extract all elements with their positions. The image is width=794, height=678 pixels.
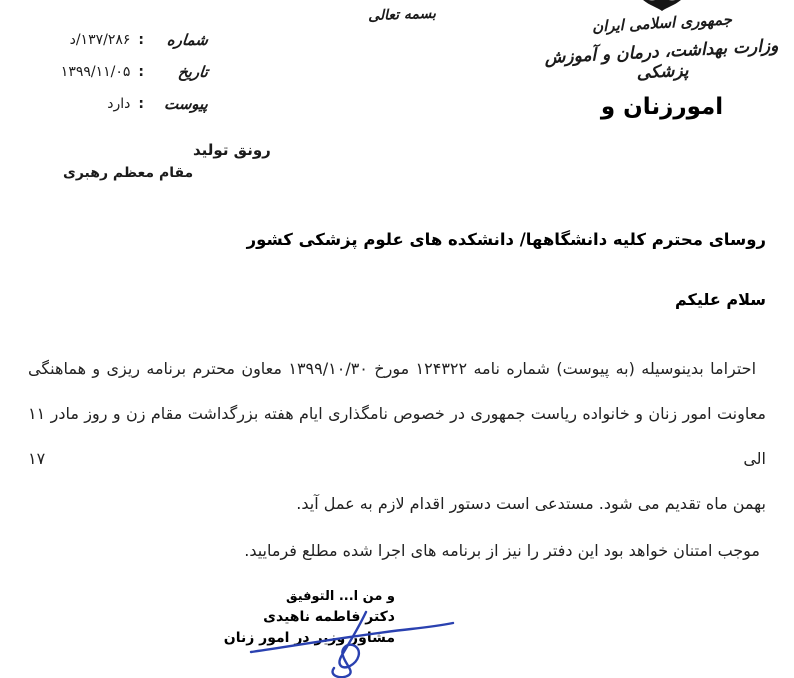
body-line-2: معاونت امور زنان و خانواده ریاست جمهوری … xyxy=(28,391,766,481)
meta-row-date: تاریخ : ۱۳۹۹/۱۱/۰۵ xyxy=(22,56,208,88)
salutation-line: سلام علیکم xyxy=(675,290,766,309)
body-line-4: موجب امتنان خواهد بود این دفتر را نیز از… xyxy=(28,528,766,573)
attachment-colon: : xyxy=(138,96,144,112)
letterhead-block: جمهوری اسلامی ایران وزارت بهداشت، درمان … xyxy=(540,0,784,120)
bismillah-text: بسمه تعالی xyxy=(352,5,452,24)
letterhead-department: امورزنان و xyxy=(540,94,784,120)
meta-row-number: شماره : ۱۳۷/۲۸۶/د xyxy=(22,24,208,56)
date-value: ۱۳۹۹/۱۱/۰۵ xyxy=(61,64,131,80)
number-value: ۱۳۷/۲۸۶/د xyxy=(70,32,131,48)
number-label: شماره xyxy=(151,31,209,49)
official-letter-page: شماره : ۱۳۷/۲۸۶/د تاریخ : ۱۳۹۹/۱۱/۰۵ پیو… xyxy=(0,0,794,678)
number-colon: : xyxy=(138,32,144,48)
year-slogan: رونق تولید xyxy=(193,141,271,159)
body-line-1: احتراما بدینوسیله (به پیوست) شماره نامه … xyxy=(28,346,766,391)
date-colon: : xyxy=(138,64,144,80)
letter-meta-block: شماره : ۱۳۷/۲۸۶/د تاریخ : ۱۳۹۹/۱۱/۰۵ پیو… xyxy=(22,24,208,120)
body-line-3: بهمن ماه تقدیم می شود. مستدعی است دستور … xyxy=(28,481,766,526)
letterhead-ministry: وزارت بهداشت، درمان و آموزش پزشکی xyxy=(539,36,785,89)
letter-body: احتراما بدینوسیله (به پیوست) شماره نامه … xyxy=(28,346,766,573)
meta-row-attachment: پیوست : دارد xyxy=(22,88,208,120)
date-label: تاریخ xyxy=(151,63,209,81)
attachment-label: پیوست xyxy=(151,95,209,113)
slogan-attribution: مقام معظم رهبری xyxy=(63,165,193,181)
signature-ink-icon xyxy=(243,610,461,678)
recipient-line: روسای محترم کلیه دانشگاهها/ دانشکده های … xyxy=(247,230,766,249)
attachment-value: دارد xyxy=(107,96,130,112)
signature-invocation: و من ا... التوفیق xyxy=(224,586,395,607)
